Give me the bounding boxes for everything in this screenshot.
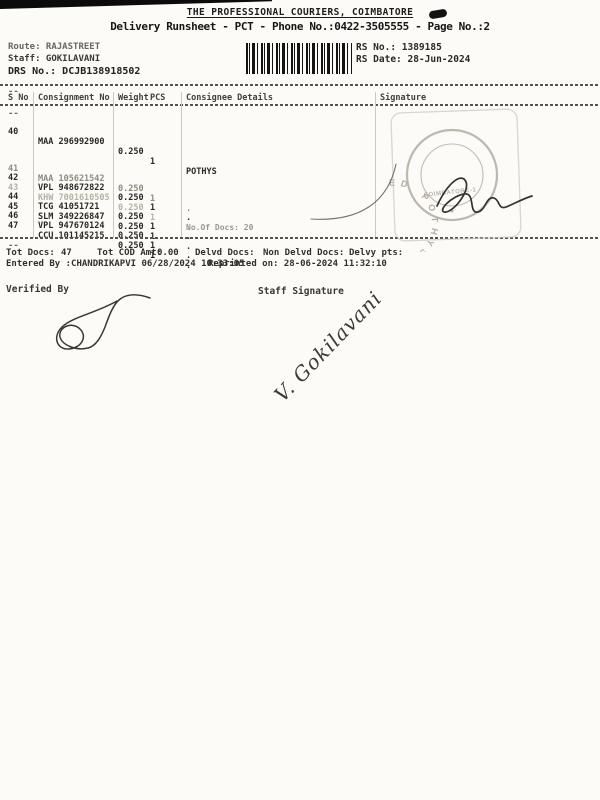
verified-by-label: Verified By [6,284,69,295]
rs-number: RS No.: 1389185 [356,42,442,53]
delivery-runsheet-document: THE PROFESSIONAL COURIERS, COIMBATORE De… [0,0,600,800]
non-delvd-docs-label: Non Delvd Docs: [263,248,344,258]
staff-signature-label: Staff Signature [258,286,344,297]
delvd-docs-label: Delvd Docs: [195,248,255,258]
col-header-signature: Signature [380,93,426,103]
verified-by-signature [57,295,150,349]
cell-sno: 40 [8,127,18,137]
route-line: Route: RAJASTREET [8,42,100,52]
company-title: THE PROFESSIONAL COURIERS, COIMBATORE [0,7,600,18]
cell-consignment: VPL 947670124 [38,221,105,231]
document-title: Delivery Runsheet - PCT - Phone No.:0422… [0,20,600,33]
tot-docs-label: Tot Docs: [6,248,55,258]
col-header-sno: S No [8,93,28,103]
col-header-pcs: PCS [150,93,165,103]
separator-line [0,84,600,86]
staff-signature-handwriting: V. Gokilavani [269,286,386,406]
cell-sno: 47 [8,221,18,231]
staff-line: Staff: GOKILAVANI [8,54,100,64]
cell-consignment: MAA 296992900 [38,137,105,147]
stamp-city-text: COIMBATORE-1 [423,187,476,199]
col-header-consignment: Consignment No [38,93,110,103]
tot-cod-label: Tot COD Amt: [97,248,162,258]
col-header-weight: Weight [118,93,149,103]
rs-date: RS Date: 28-Jun-2024 [356,54,470,65]
cell-consignment: CCU 101145215 [38,231,105,241]
stamp-border [391,109,521,241]
barcode-icon [246,43,352,74]
cell-weight: 0.250 [118,231,144,241]
tot-cod-value: 0.00 [157,248,179,258]
reprinted-on-line: Reprinted on: 28-06-2024 11:32:10 [208,259,387,269]
col-header-consignee: Consignee Details [186,93,273,103]
separator-line [0,104,600,106]
pothys-round-stamp-icon: POTHYS PRIVATE LIMITED COIMBATORE-1 ★ [385,107,565,252]
cell-pcs: 1 [150,222,155,232]
no-of-docs: No.Of Docs: 20 [186,223,253,232]
tot-docs-value: 47 [61,248,72,258]
drs-number: DRS No.: DCJB138918502 [8,66,140,77]
stamp-star-icon: ★ [450,206,455,215]
